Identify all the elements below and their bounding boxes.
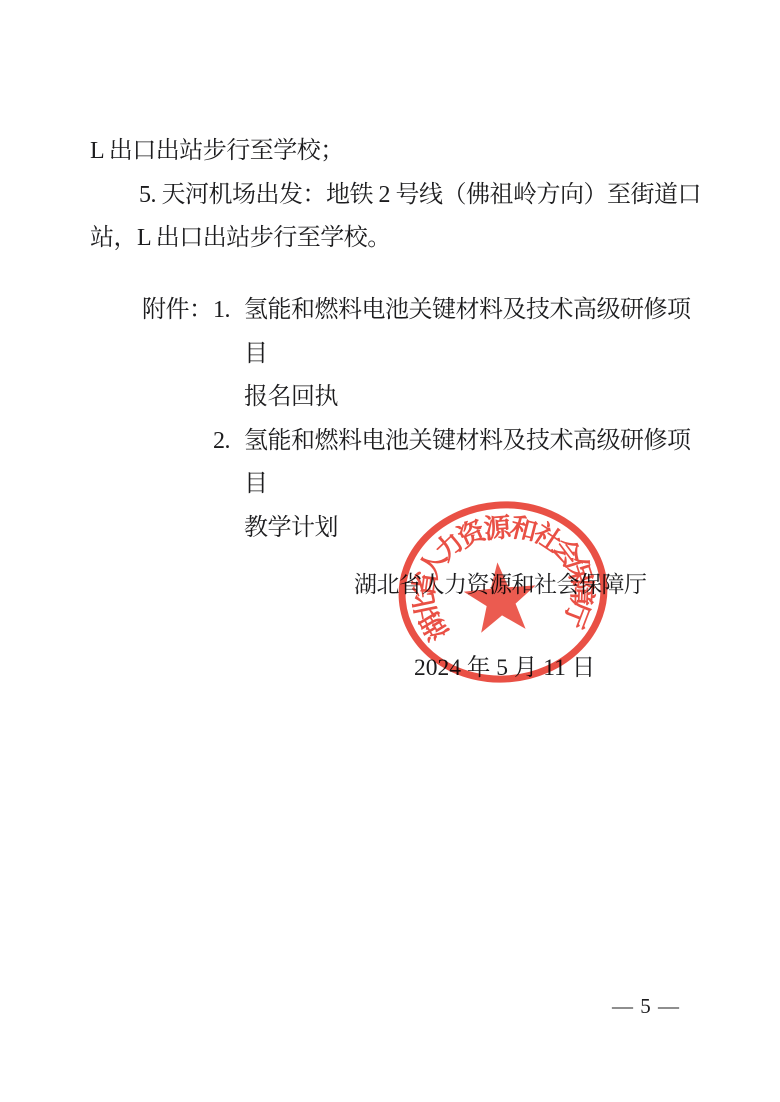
body-paragraphs: L 出口出站步行至学校； 5. 天河机场出发：地铁 2 号线（佛祖岭方向）至街道… xyxy=(90,130,706,261)
attachments-block: 附件： 1. 氢能和燃料电池关键材料及技术高级研修项目 报名回执 2. 氢能和燃… xyxy=(142,289,712,550)
page-number: — 5 — xyxy=(612,994,680,1019)
paragraph-line-1: L 出口出站步行至学校； xyxy=(90,130,706,174)
paragraph-line-3: 站，L 出口出站步行至学校。 xyxy=(90,217,706,261)
document-page: L 出口出站步行至学校； 5. 天河机场出发：地铁 2 号线（佛祖岭方向）至街道… xyxy=(0,0,780,1102)
attachment-2-title-line-2: 教学计划 xyxy=(244,515,338,541)
attachment-1-number: 1. xyxy=(213,289,244,333)
seal-ring-char: 厅 xyxy=(557,596,595,632)
attachments-label: 附件： xyxy=(142,289,213,333)
signature-issuer: 湖北省人力资源和社会保障厅 xyxy=(354,566,647,599)
seal-ring-char: 湖 xyxy=(415,607,455,646)
attachment-1-title-line-1: 氢能和燃料电池关键材料及技术高级研修项目 xyxy=(244,297,691,367)
attachment-1-title: 氢能和燃料电池关键材料及技术高级研修项目 报名回执 xyxy=(244,289,712,420)
attachment-item-2: 2. 氢能和燃料电池关键材料及技术高级研修项目 教学计划 xyxy=(142,420,712,551)
attachment-1-title-line-2: 报名回执 xyxy=(244,384,338,410)
attachment-2-title: 氢能和燃料电池关键材料及技术高级研修项目 教学计划 xyxy=(244,420,712,551)
attachment-item-1: 附件： 1. 氢能和燃料电池关键材料及技术高级研修项目 报名回执 xyxy=(142,289,712,420)
attachment-2-number: 2. xyxy=(213,420,244,464)
signature-date: 2024 年 5 月 11 日 xyxy=(414,648,595,682)
paragraph-line-2: 5. 天河机场出发：地铁 2 号线（佛祖岭方向）至街道口 xyxy=(90,174,706,218)
attachment-2-title-line-1: 氢能和燃料电池关键材料及技术高级研修项目 xyxy=(244,428,691,498)
